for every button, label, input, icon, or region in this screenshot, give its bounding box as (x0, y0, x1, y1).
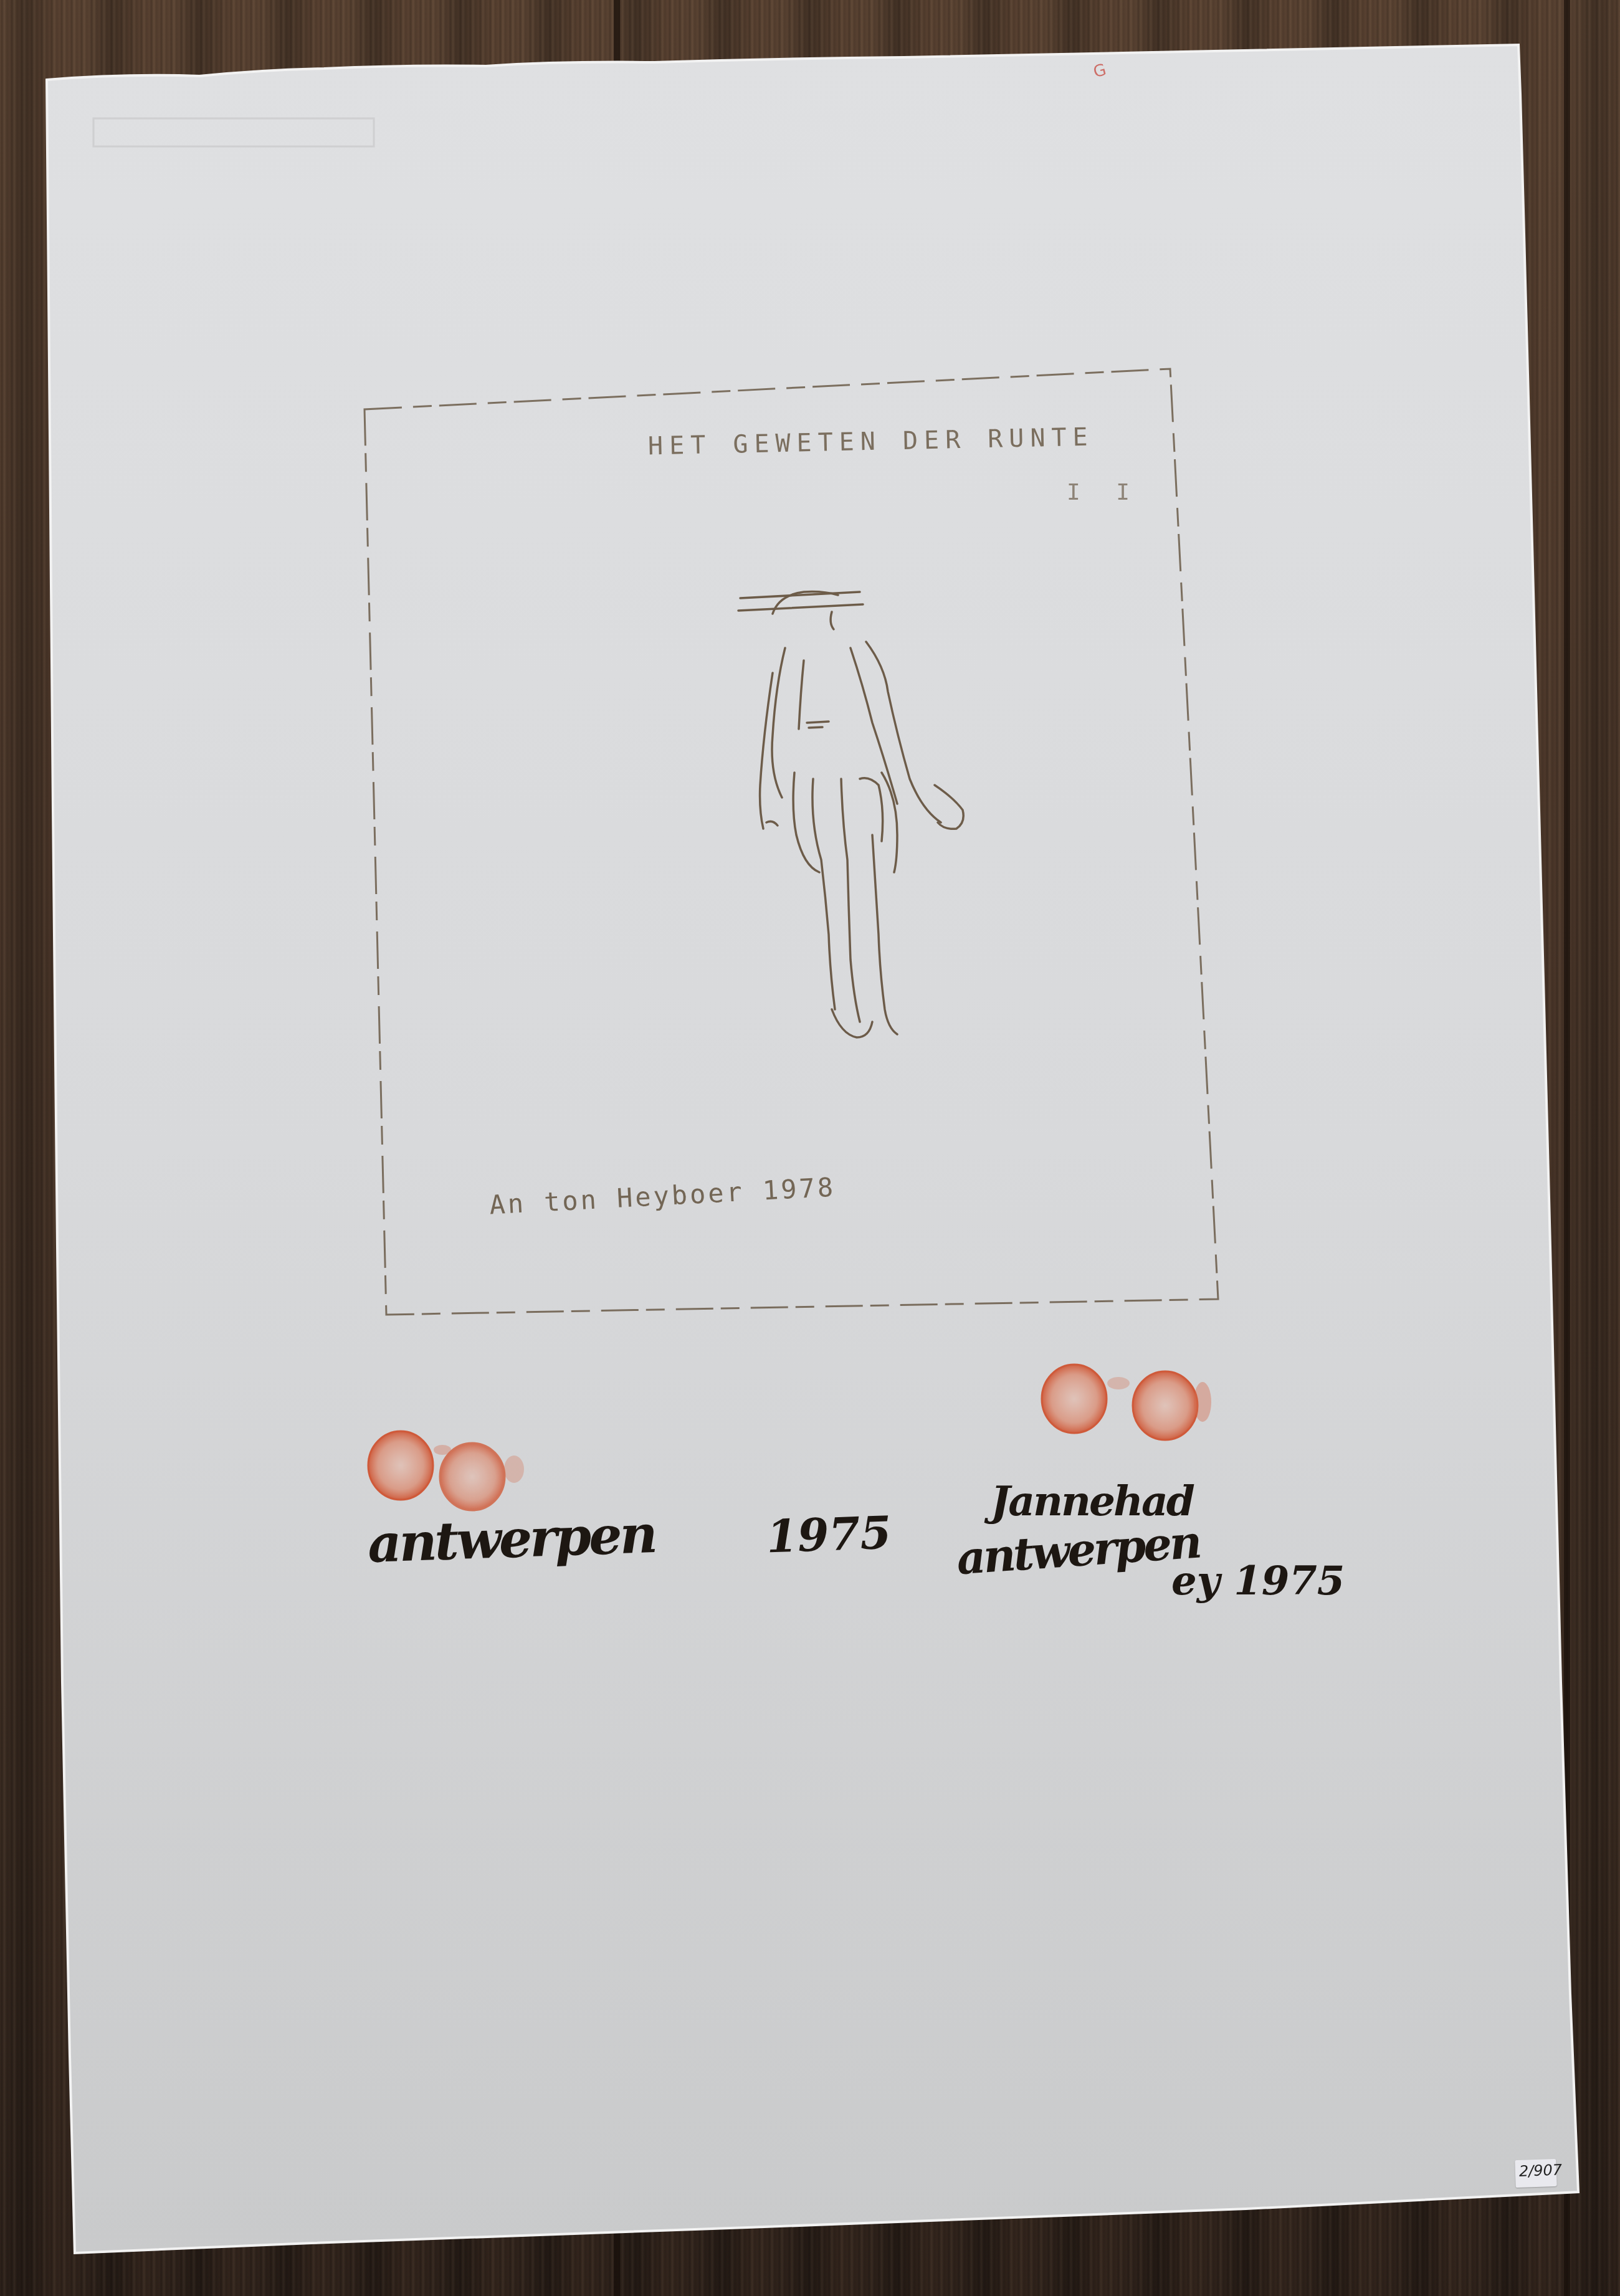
inventory-label: 2/907 (1515, 2159, 1556, 2188)
left-inscription: antwerpen (366, 1503, 656, 1574)
inventory-label-text: 2/907 (1518, 2161, 1562, 2180)
paper-and-etching-artwork (0, 0, 1620, 2296)
paper-sheet (47, 45, 1578, 2253)
print-sheet: G HET GEWETEN DER RUNTE I I An ton Heybo… (0, 0, 1620, 2296)
right-inscription-date: ey 1975 (1171, 1558, 1345, 1604)
plate-corner-marks: I I (1067, 480, 1141, 505)
left-inscription-date: 1975 (766, 1506, 892, 1563)
